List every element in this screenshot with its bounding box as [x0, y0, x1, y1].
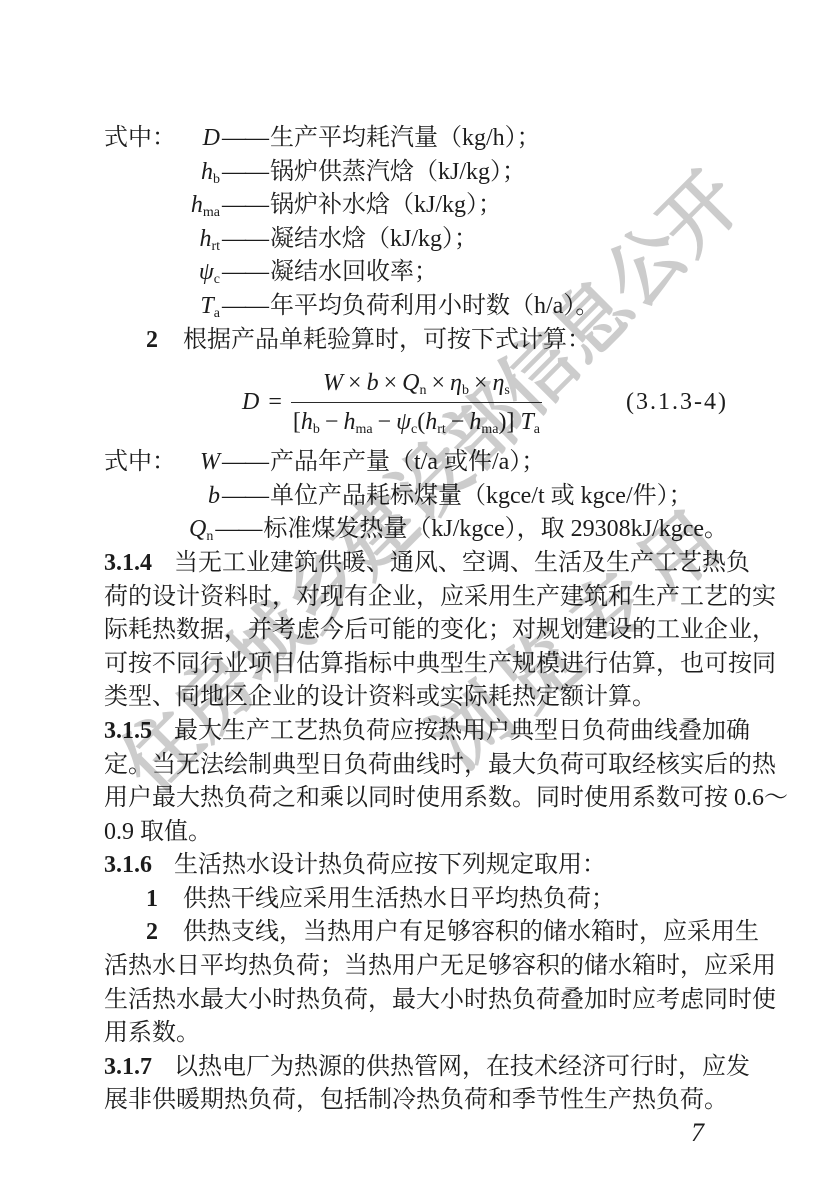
definition-row: 式中： D —— 生产平均耗汽量（kg/h）； — [104, 122, 728, 156]
clause-316-heading: 3.1.6生活热水设计热负荷应按下列规定取用： — [104, 849, 728, 883]
list-item-number: 2 — [146, 919, 158, 945]
symbol-description: 锅炉补水焓（kJ/kg）； — [270, 189, 502, 223]
page-number: 7 — [691, 1118, 704, 1148]
list-item: 2供热支线，当热用户有足够容积的储水箱时，应采用生 — [104, 916, 728, 950]
em-dash: —— — [220, 156, 270, 190]
clause-text-line: 0.9 取值。 — [104, 816, 728, 850]
em-dash: —— — [220, 122, 270, 156]
equation-number: (3.1.3-4) — [626, 386, 728, 420]
definition-row: hrt —— 凝结水焓（kJ/kg）； — [104, 223, 728, 257]
clause-number: 3.1.4 — [104, 550, 152, 576]
em-dash: —— — [213, 513, 263, 547]
clause-317-heading: 3.1.7以热电厂为热源的供热管网，在技术经济可行时，应发 — [104, 1051, 728, 1085]
clause-number: 3.1.6 — [104, 852, 152, 878]
clause-text-line: 际耗热数据，并考虑今后可能的变化；对规划建设的工业企业， — [104, 614, 728, 648]
symbol: ψc — [180, 256, 220, 290]
clause-text: 生活热水设计热负荷应按下列规定取用： — [174, 852, 606, 878]
clause-text-line: 荷的设计资料时，对现有企业，应采用生产建筑和生产工艺的实 — [104, 581, 728, 615]
symbol-description: 年平均负荷利用小时数（h/a）。 — [270, 290, 599, 324]
numerator: W×b×Qn×ηb×ηs — [291, 368, 542, 403]
em-dash: —— — [220, 446, 270, 480]
where-prefix: 式中： — [104, 122, 180, 156]
list-item: 1供热干线应采用生活热水日平均热负荷； — [104, 883, 728, 917]
clause-text-line: 可按不同行业项目估算指标中典型生产规模进行估算，也可按同 — [104, 648, 728, 682]
symbol-description: 标准煤发热量（kJ/kgce），取 29308kJ/kgce。 — [263, 513, 728, 547]
symbol-description: 凝结水焓（kJ/kg）； — [270, 223, 478, 257]
em-dash: —— — [220, 189, 270, 223]
clause-text: 当无工业建筑供暖、通风、空调、生活及生产工艺热负 — [174, 550, 750, 576]
symbol: W — [180, 446, 220, 480]
em-dash: —— — [220, 480, 270, 514]
clause-number: 3.1.7 — [104, 1054, 152, 1080]
em-dash: —— — [220, 256, 270, 290]
symbol: D — [180, 122, 220, 156]
clause-text-line: 用户最大热负荷之和乘以同时使用系数。同时使用系数可按 0.6～ — [104, 782, 728, 816]
clause-text-line: 展非供暖期热负荷，包括制冷热负荷和季节性生产热负荷。 — [104, 1084, 728, 1118]
definition-row: Ta —— 年平均负荷利用小时数（h/a）。 — [104, 290, 728, 324]
definition-row: b —— 单位产品耗标煤量（kgce/t 或 kgce/件）； — [104, 480, 728, 514]
clause-text-line: 活热水日平均热负荷；当热用户无足够容积的储水箱时，应采用 — [104, 950, 728, 984]
clause-text: 以热电厂为热源的供热管网，在技术经济可行时，应发 — [174, 1054, 750, 1080]
definition-row: Qn —— 标准煤发热量（kJ/kgce），取 29308kJ/kgce。 — [104, 513, 728, 547]
symbol-description: 锅炉供蒸汽焓（kJ/kg）； — [270, 156, 526, 190]
clause-text: 最大生产工艺热负荷应按热用户典型日负荷曲线叠加确 — [174, 718, 750, 744]
list-item-text: 供热支线，当热用户有足够容积的储水箱时，应采用生 — [183, 919, 759, 945]
symbol: hma — [180, 189, 220, 223]
symbol-description: 产品年产量（t/a 或件/a）； — [270, 446, 545, 480]
equation-body: D = W×b×Qn×ηb×ηs [hb−hma−ψc(hrt−hma)] Ta — [242, 368, 542, 437]
clause-text-line: 类型、同地区企业的设计资料或实际耗热定额计算。 — [104, 681, 728, 715]
symbol: Qn — [176, 513, 214, 547]
clause-text-line: 用系数。 — [104, 1017, 728, 1051]
equation: D = W×b×Qn×ηb×ηs [hb−hma−ψc(hrt−hma)] Ta… — [104, 357, 728, 446]
list-item: 2根据产品单耗验算时，可按下式计算： — [104, 324, 728, 358]
definition-row: ψc —— 凝结水回收率； — [104, 256, 728, 290]
symbol: b — [180, 480, 220, 514]
fraction: W×b×Qn×ηb×ηs [hb−hma−ψc(hrt−hma)] Ta — [291, 368, 542, 437]
symbol: hb — [180, 156, 220, 190]
symbol: hrt — [180, 223, 220, 257]
em-dash: —— — [220, 223, 270, 257]
page-content: 式中： D —— 生产平均耗汽量（kg/h）； hb —— 锅炉供蒸汽焓（kJ/… — [104, 122, 728, 1118]
clause-314-heading: 3.1.4当无工业建筑供暖、通风、空调、生活及生产工艺热负 — [104, 547, 728, 581]
clause-315-heading: 3.1.5最大生产工艺热负荷应按热用户典型日负荷曲线叠加确 — [104, 715, 728, 749]
list-item-number: 1 — [146, 886, 158, 912]
definition-row: hma —— 锅炉补水焓（kJ/kg）； — [104, 189, 728, 223]
denominator: [hb−hma−ψc(hrt−hma)] Ta — [291, 403, 542, 437]
list-item-text: 供热干线应采用生活热水日平均热负荷； — [183, 886, 615, 912]
symbol-description: 生产平均耗汽量（kg/h）； — [270, 122, 541, 156]
em-dash: —— — [220, 290, 270, 324]
symbol-description: 凝结水回收率； — [270, 256, 438, 290]
document-page: 住房城乡建设部信息公开 浏览专用 式中： D —— 生产平均耗汽量（kg/h）；… — [0, 0, 828, 1198]
definition-row: hb —— 锅炉供蒸汽焓（kJ/kg）； — [104, 156, 728, 190]
where-prefix: 式中： — [104, 446, 180, 480]
clause-text-line: 定。当无法绘制典型日负荷曲线时，最大负荷可取经核实后的热 — [104, 749, 728, 783]
list-item-number: 2 — [146, 327, 158, 353]
symbol-description: 单位产品耗标煤量（kgce/t 或 kgce/件）； — [270, 480, 693, 514]
symbol: Ta — [180, 290, 220, 324]
definition-row: 式中： W —— 产品年产量（t/a 或件/a）； — [104, 446, 728, 480]
list-item-text: 根据产品单耗验算时，可按下式计算： — [183, 327, 591, 353]
clause-number: 3.1.5 — [104, 718, 152, 744]
clause-text-line: 生活热水最大小时热负荷，最大小时热负荷叠加时应考虑同时使 — [104, 984, 728, 1018]
